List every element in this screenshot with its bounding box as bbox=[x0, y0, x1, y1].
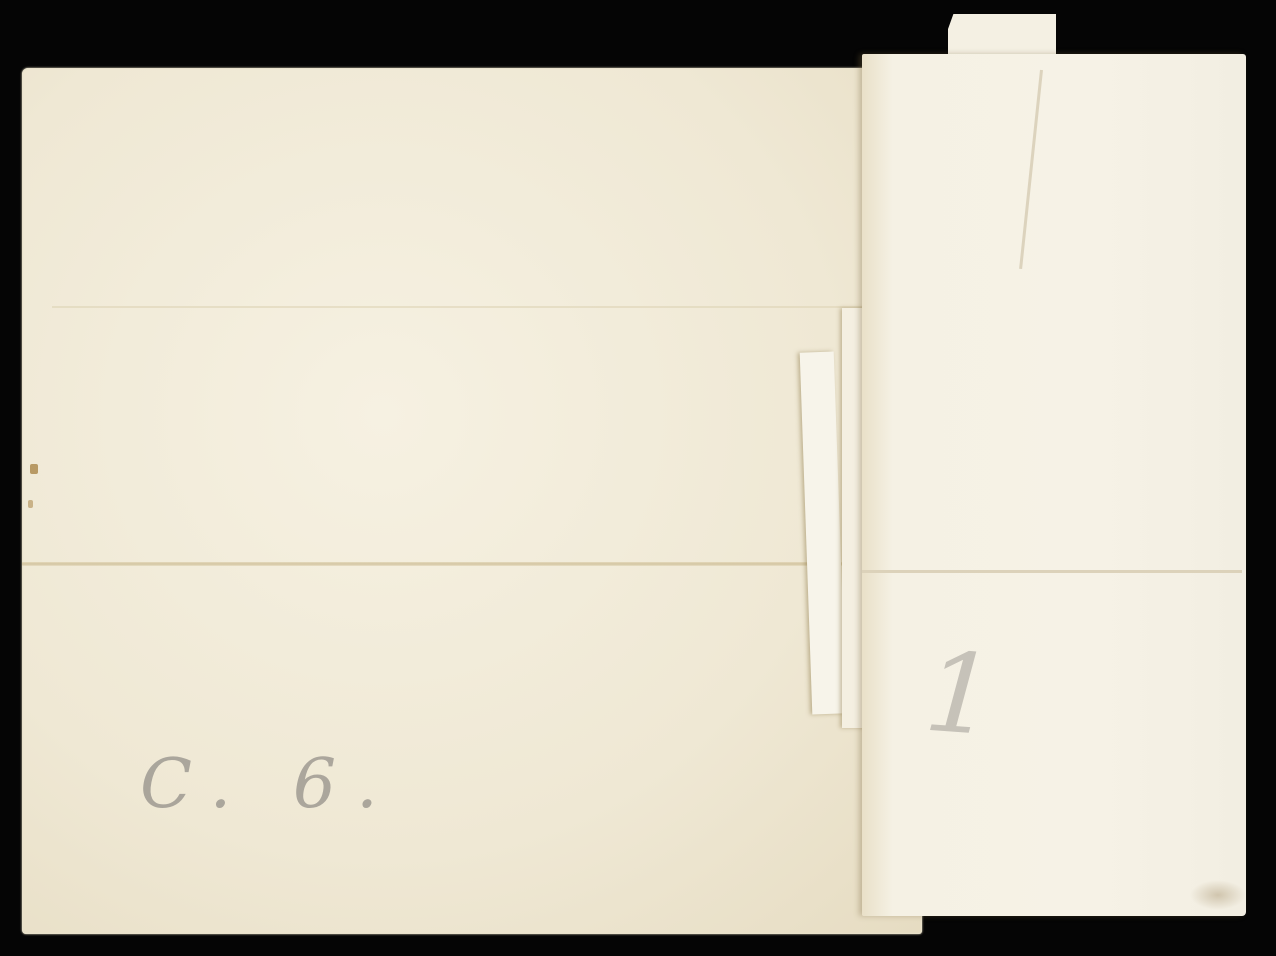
pencil-stroke: 1 bbox=[921, 628, 1000, 761]
folded-flap bbox=[862, 54, 1246, 916]
pencil-marking: C. 6. bbox=[140, 745, 398, 824]
flap-fold bbox=[862, 570, 1242, 573]
horizontal-fold bbox=[22, 562, 922, 566]
edge-stain bbox=[28, 500, 33, 508]
corner-soiling bbox=[1190, 880, 1246, 910]
edge-stain bbox=[30, 464, 38, 474]
upper-fold bbox=[52, 306, 862, 308]
